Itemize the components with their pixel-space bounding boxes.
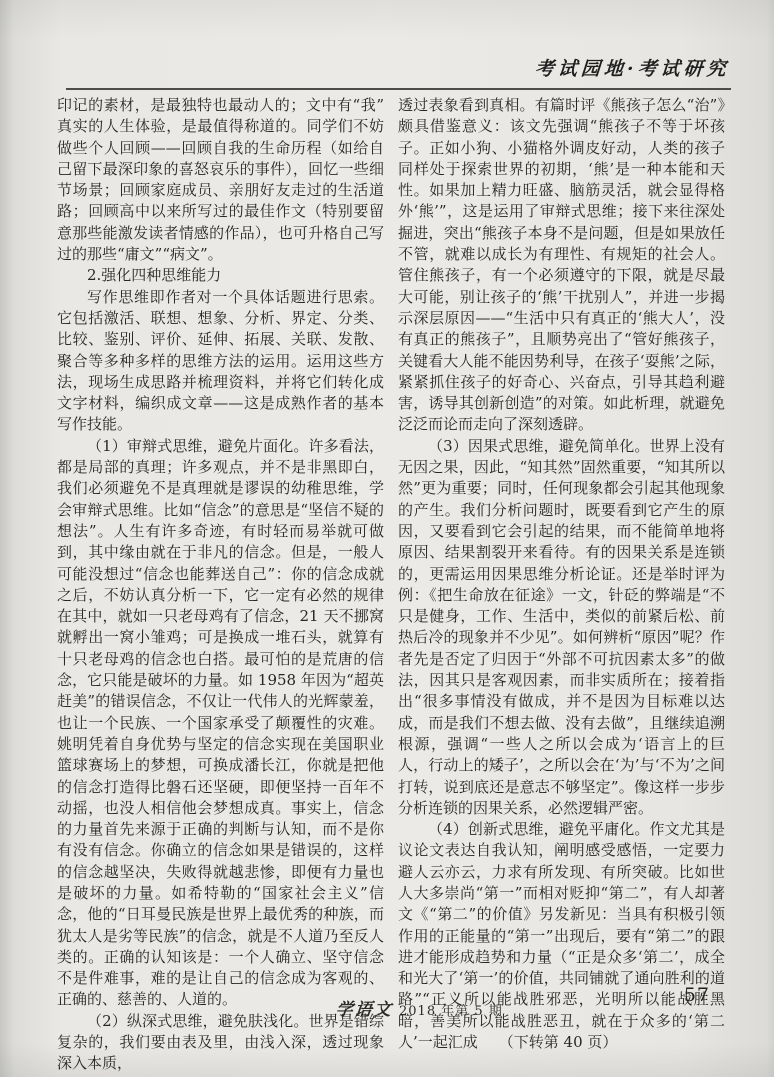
journal-page: 考试园地·考试研究 印记的素材，是最独特也最动人的；文中有“我”真实的人生体验，… [0, 0, 774, 1077]
journal-name: 学语文 [335, 995, 395, 1020]
header-rule [66, 88, 731, 90]
left-column: 印记的素材，是最独特也最动人的；文中有“我”真实的人生体验，是最值得称道的。同学… [57, 95, 384, 1075]
scan-shadow-top [0, 0, 774, 40]
paragraph-point2-depth-thinking-end: 透过表象看到真相。有篇时评《熊孩子怎么“治”》颇具借鉴意义：该文先强调“熊孩子不… [398, 95, 725, 436]
section-header: 考试园地·考试研究 [534, 54, 731, 81]
paragraph-point1-critical-thinking: （1）审辩式思维，避免片面化。许多看法，都是局部的真理；许多观点，并不是非黑即白… [57, 436, 384, 1011]
issue-info: 2018 年第 5 期 [399, 1004, 503, 1019]
article-body: 印记的素材，是最独特也最动人的；文中有“我”真实的人生体验，是最值得称道的。同学… [57, 95, 725, 1075]
footer-journal-info: 学语文2018 年第 5 期 [336, 995, 503, 1020]
right-column: 透过表象看到真相。有篇时评《熊孩子怎么“治”》颇具借鉴意义：该文先强调“熊孩子不… [398, 95, 725, 1075]
paragraph-intro: 写作思维即作者对一个具体话题进行思索。它包括激活、联想、想象、分析、界定、分类、… [57, 287, 384, 436]
continued-on-page-note: （下转第 40 页） [499, 1033, 618, 1051]
paragraph-continuation: 印记的素材，是最独特也最动人的；文中有“我”真实的人生体验，是最值得称道的。同学… [57, 95, 384, 265]
page-number: 57 [684, 984, 710, 1006]
paragraph-point2-depth-thinking-start: （2）纵深式思维，避免肤浅化。世界是错综复杂的，我们要由表及里，由浅入深，透过现… [57, 1011, 384, 1075]
paragraph-point3-causal-thinking: （3）因果式思维，避免简单化。世界上没有无因之果，因此，“知其然”固然重要，“知… [398, 436, 725, 819]
subheading-four-thinking-skills: 2.强化四种思维能力 [57, 265, 384, 286]
